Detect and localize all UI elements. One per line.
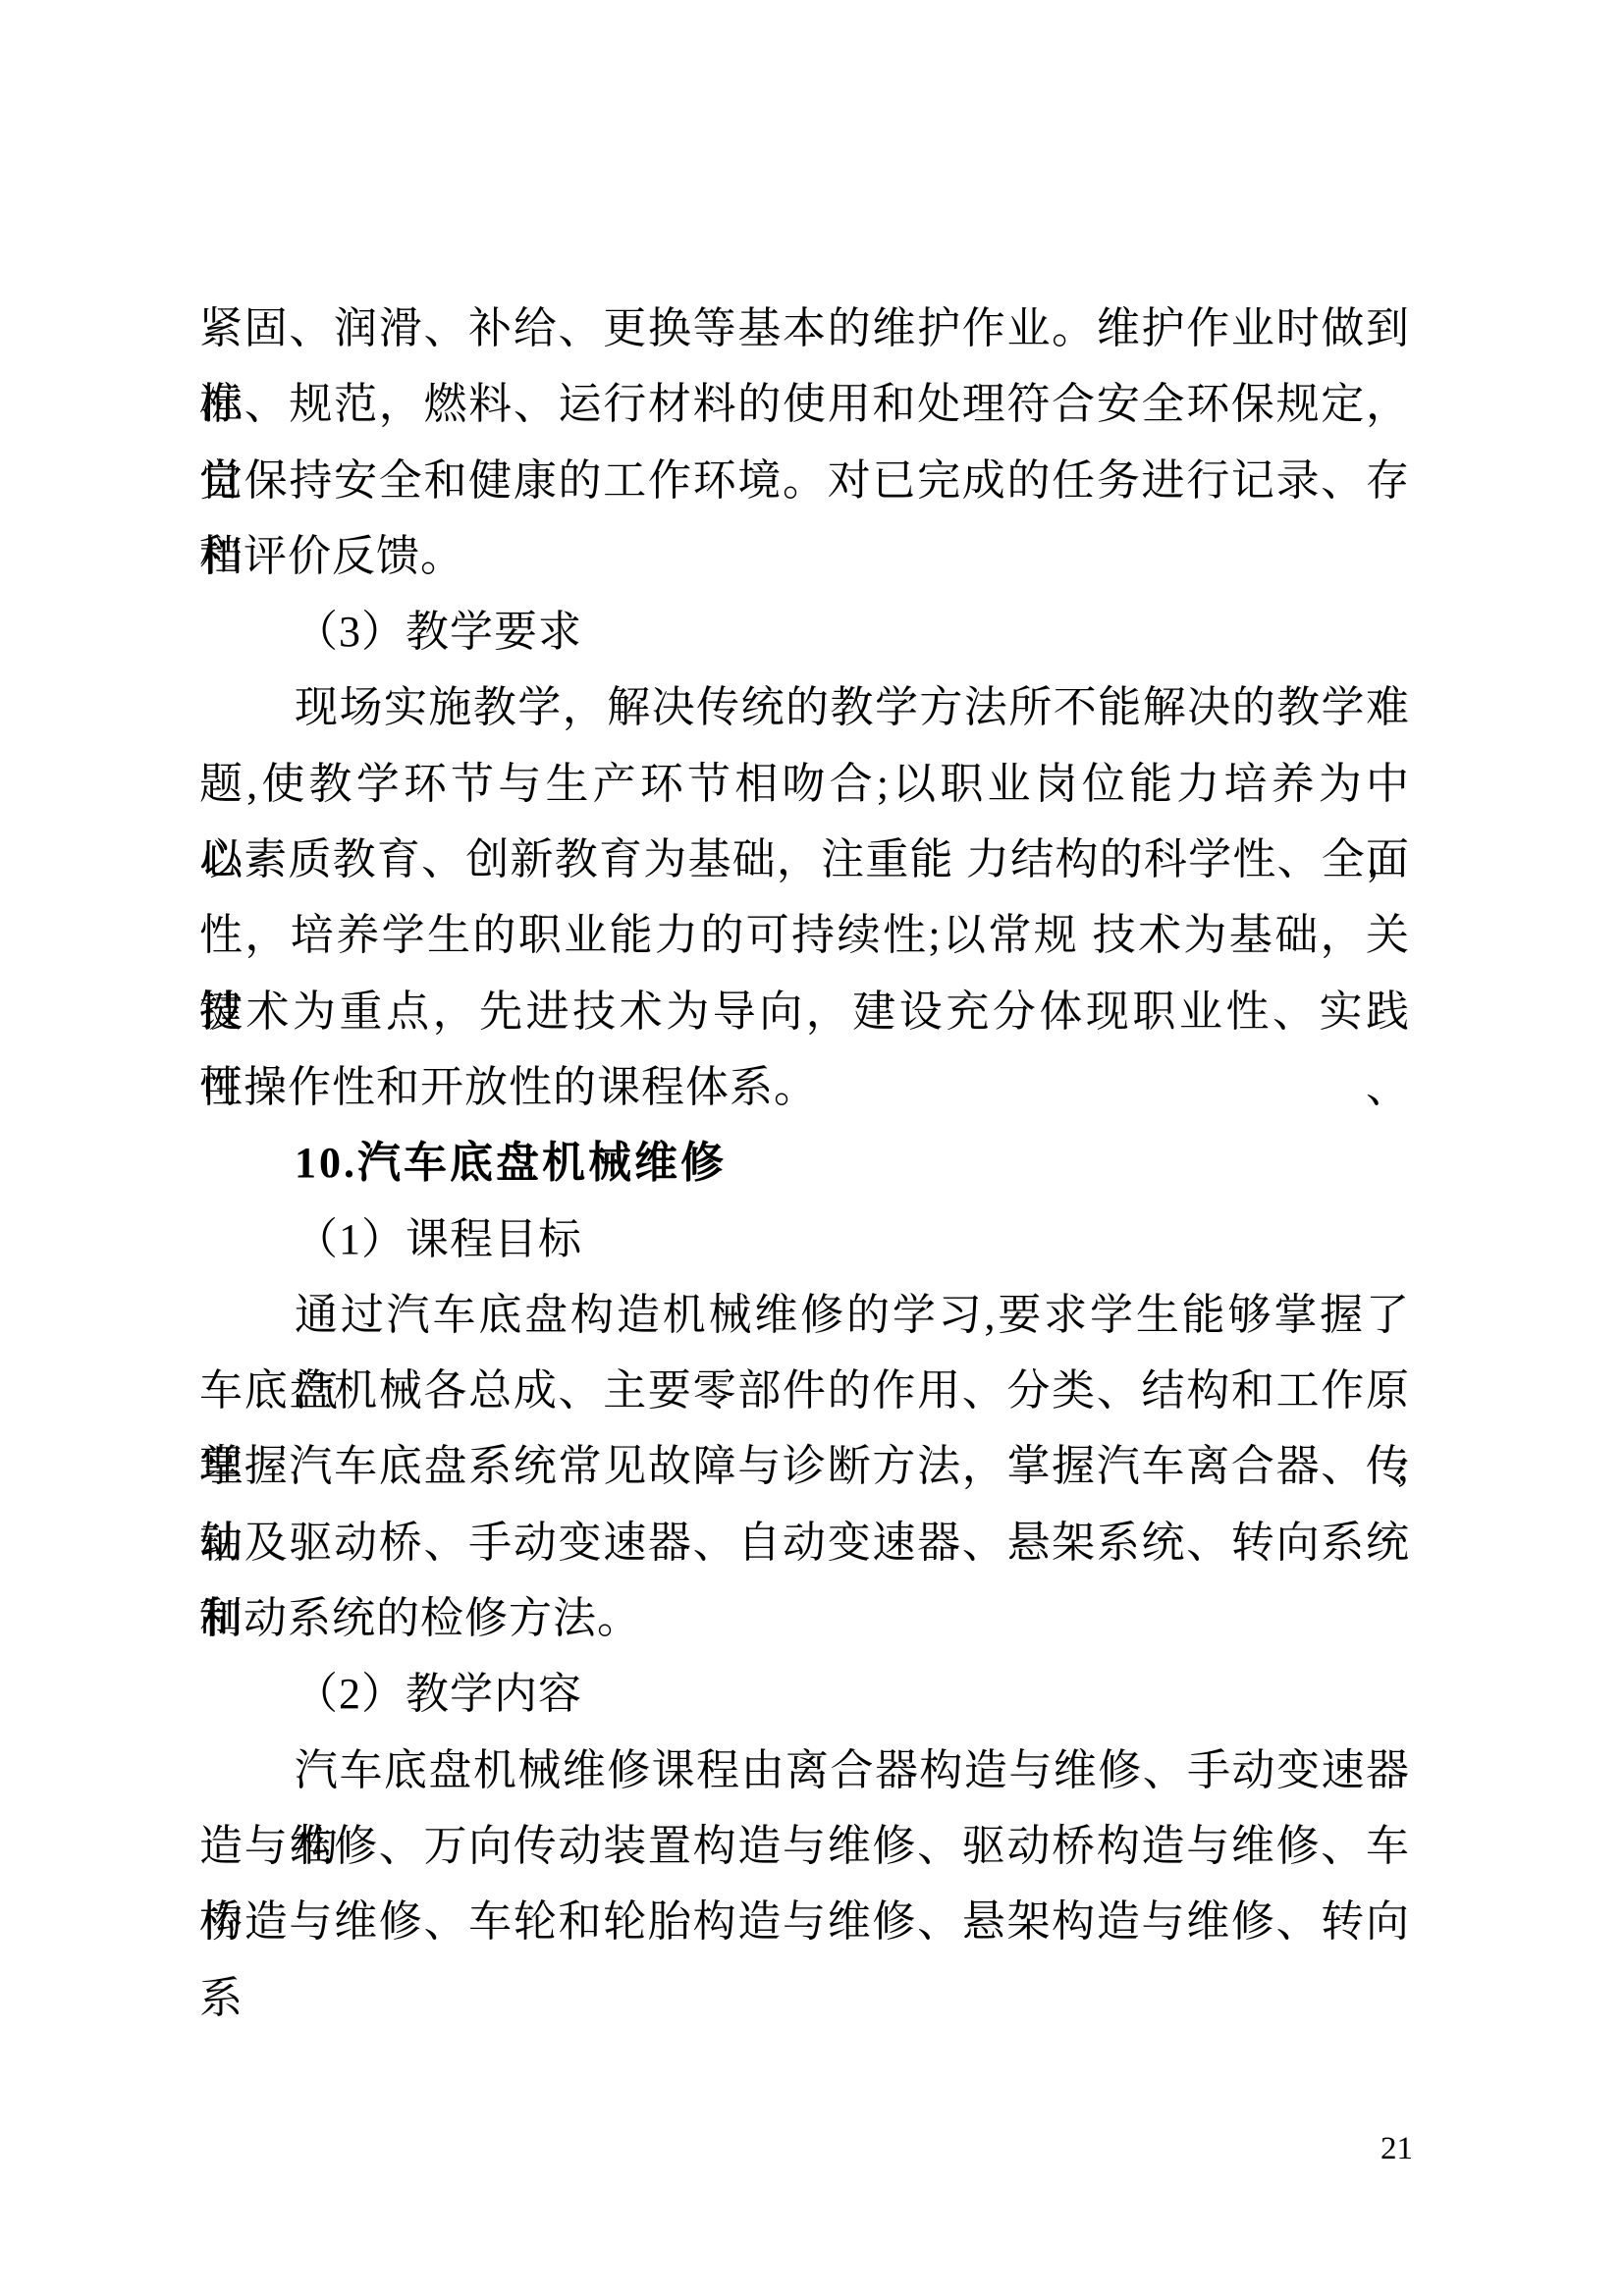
text-line: 轴及驱动桥、手动变速器、自动变速器、悬架系统、转向系统和: [199, 1505, 1410, 1580]
text-line: （2）教学内容: [199, 1656, 1410, 1732]
text-line: 车底盘机械各总成、主要零部件的作用、分类、结构和工作原理;: [199, 1353, 1410, 1428]
document-page: 紧固、润滑、补给、更换等基本的维护作业。维护作业时做到标准、规范，燃料、运行材料…: [0, 0, 1624, 2296]
section-heading-line: 10.汽车底盘机械维修: [199, 1125, 1410, 1201]
text-line: 制动系统的检修方法。: [199, 1580, 1410, 1656]
text-line: 和评价反馈。: [199, 518, 1410, 594]
text-line: 以素质教育、创新教育为基础，注重能 力结构的科学性、全面: [199, 822, 1410, 897]
text-line: 觉保持安全和健康的工作环境。对已完成的任务进行记录、存档: [199, 443, 1410, 518]
text-line: 构造与维修、车轮和轮胎构造与维修、悬架构造与维修、转向系: [199, 1884, 1410, 1959]
text-content: 紧固、润滑、补给、更换等基本的维护作业。维护作业时做到标准、规范，燃料、运行材料…: [199, 291, 1410, 1960]
text-line: 技术为重点，先进技术为导向，建设充分体现职业性、实践性、: [199, 974, 1410, 1049]
text-line: 掌握汽车底盘系统常见故障与诊断方法，掌握汽车离合器、传动: [199, 1428, 1410, 1504]
text-line: 汽车底盘机械维修课程由离合器构造与维修、手动变速器构: [199, 1733, 1410, 1808]
page-number: 21: [1380, 2130, 1413, 2169]
text-line: （1）课程目标: [199, 1201, 1410, 1277]
text-line: 紧固、润滑、补给、更换等基本的维护作业。维护作业时做到标: [199, 291, 1410, 366]
text-line: 题,使教学环节与生产环节相吻合;以职业岗位能力培养为中心，: [199, 746, 1410, 822]
text-line: 性，培养学生的职业能力的可持续性;以常规 技术为基础，关键: [199, 897, 1410, 973]
text-line: （3）教学要求: [199, 594, 1410, 669]
text-line: 造与维修、万向传动装置构造与维修、驱动桥构造与维修、车桥: [199, 1808, 1410, 1884]
text-line: 通过汽车底盘构造机械维修的学习,要求学生能够掌握了汽: [199, 1277, 1410, 1353]
text-line: 现场实施教学，解决传统的教学方法所不能解决的教学难: [199, 669, 1410, 745]
text-line: 准、规范，燃料、运行材料的使用和处理符合安全环保规定，自: [199, 366, 1410, 442]
